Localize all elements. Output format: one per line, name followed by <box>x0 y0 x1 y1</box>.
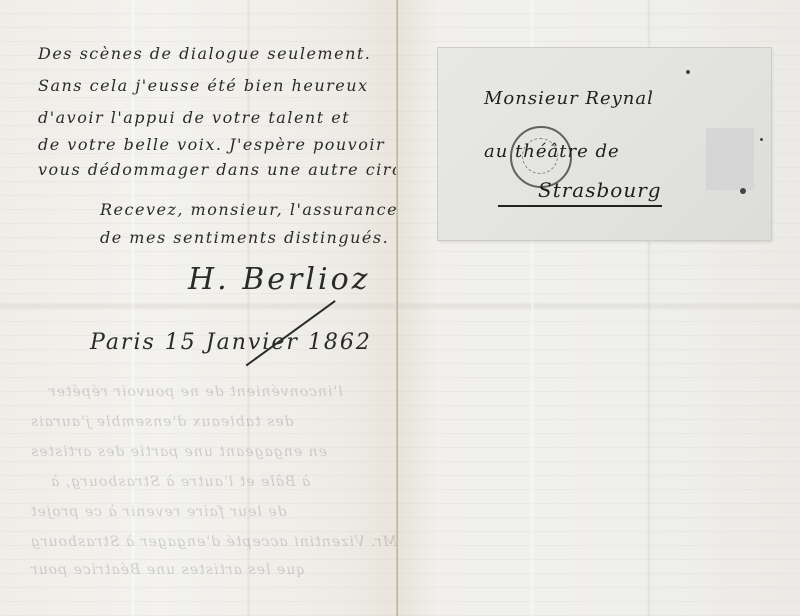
letter-page-left: l'inconvénient de ne pouvoir répéter des… <box>0 0 398 616</box>
envelope-underline <box>498 205 662 207</box>
ink-speck <box>686 70 690 74</box>
bleed-through-line: en engageant une partie des artistes <box>30 444 327 460</box>
envelope-city: Strasbourg <box>538 178 662 202</box>
removed-stamp-area <box>706 128 754 190</box>
date-line: Paris 15 Janvier 1862 <box>90 330 372 355</box>
bleed-through-line: de leur faire revenir à ce projet <box>30 504 287 520</box>
letter-line: Des scènes de dialogue seulement. <box>38 44 371 63</box>
bleed-through-line: Mr. Vizentini accepté d'engager à Strasb… <box>30 534 397 550</box>
letter-line: Sans cela j'eusse été bien heureux <box>38 76 369 95</box>
letter-line: de votre belle voix. J'espère pouvoir <box>38 135 385 154</box>
envelope-line-2: au théâtre de <box>484 141 620 162</box>
ink-speck <box>760 138 763 141</box>
closing-line: Recevez, monsieur, l'assurance <box>100 200 398 219</box>
envelope: Monsieur Reynal au théâtre de Strasbourg <box>438 48 771 240</box>
signature: H. Berlioz <box>188 262 370 297</box>
envelope-addressee: Monsieur Reynal <box>484 88 654 109</box>
closing-line: de mes sentiments distingués. <box>100 228 389 247</box>
letter-line: d'avoir l'appui de votre talent et <box>38 108 350 127</box>
bleed-through-line: que les artistes une Béatrice pour <box>30 562 305 578</box>
ink-speck <box>740 188 746 194</box>
bleed-through-line: des tableaux d'ensemble j'aurais <box>30 414 294 430</box>
bleed-through-line: à Bâle et l'autre à Strasbourg, à <box>50 474 310 490</box>
bleed-through-line: l'inconvénient de ne pouvoir répéter <box>48 384 343 400</box>
